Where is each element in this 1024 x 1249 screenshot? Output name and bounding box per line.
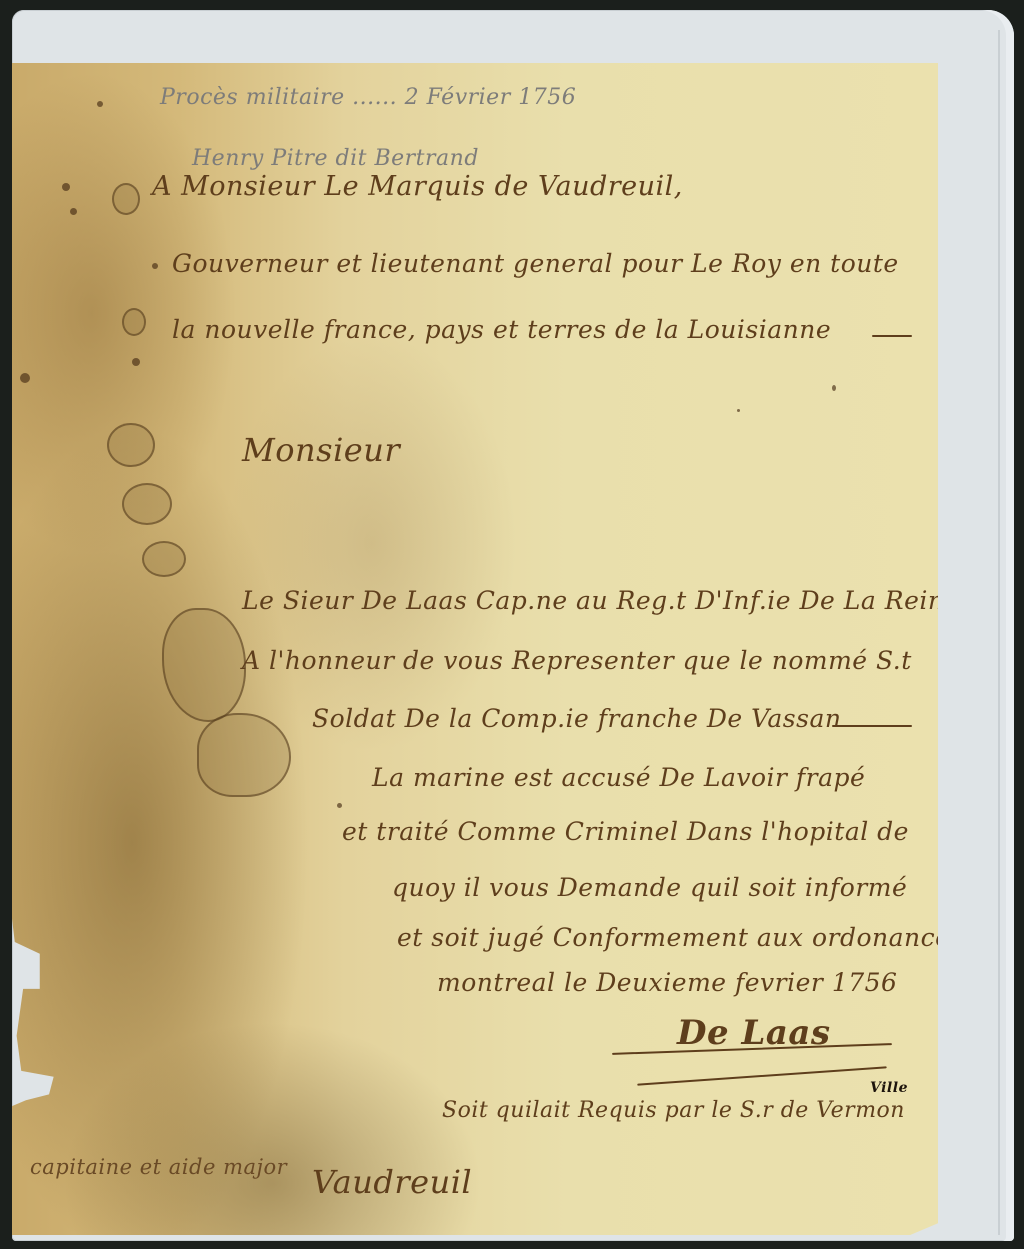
foxing-spot xyxy=(337,803,342,808)
body-line-3: Soldat De la Comp.ie franche De Vassan xyxy=(312,704,841,733)
annotation-superscript: Ville xyxy=(870,1080,908,1096)
address-line-2: Gouverneur et lieutenant general pour Le… xyxy=(172,249,899,278)
governor-signature: Vaudreuil xyxy=(312,1163,472,1201)
underline xyxy=(872,335,912,337)
archival-pencil-name: Henry Pitre dit Bertrand xyxy=(192,146,479,171)
body-line-7: et soit jugé Conformement aux ordonances xyxy=(397,923,938,952)
foxing-spot xyxy=(152,263,158,269)
dateline: montreal le Deuxieme fevrier 1756 xyxy=(437,968,897,997)
foxing-spot xyxy=(737,409,740,412)
foxing-spot xyxy=(20,373,30,383)
body-line-5: et traité Comme Criminel Dans l'hopital … xyxy=(342,817,909,846)
water-stain xyxy=(197,713,291,797)
address-line-1: A Monsieur Le Marquis de Vaudreuil, xyxy=(152,171,683,202)
body-line-6: quoy il vous Demande quil soit informé xyxy=(392,873,907,902)
address-line-3: la nouvelle france, pays et terres de la… xyxy=(172,315,831,344)
body-line-4: La marine est accusé De Lavoir frapé xyxy=(372,763,865,792)
foxing-spot xyxy=(70,208,77,215)
archival-pencil-heading: Procès militaire ...... 2 Février 1756 xyxy=(160,85,576,110)
water-stain xyxy=(142,541,186,577)
foxing-spot xyxy=(832,385,836,391)
board-edge xyxy=(998,30,1000,1235)
water-stain xyxy=(122,483,172,525)
foxing-spot xyxy=(97,101,103,107)
salutation: Monsieur xyxy=(242,431,400,469)
annotation-left: capitaine et aide major xyxy=(30,1155,287,1179)
foxing-spot xyxy=(62,183,70,191)
water-stain xyxy=(122,308,146,336)
body-line-1: Le Sieur De Laas Cap.ne au Reg.t D'Inf.i… xyxy=(242,586,938,615)
water-stain xyxy=(107,423,155,467)
foxing-spot xyxy=(132,358,140,366)
water-stain xyxy=(162,608,246,722)
annotation-right: Soit quilait Requis par le S.r de Vermon xyxy=(442,1098,905,1123)
underline xyxy=(832,725,912,727)
signature-flourish xyxy=(637,1066,887,1085)
manuscript-page: Procès militaire ...... 2 Février 1756 H… xyxy=(12,63,938,1235)
body-line-2: A l'honneur de vous Representer que le n… xyxy=(242,646,912,675)
water-stain xyxy=(112,183,140,215)
